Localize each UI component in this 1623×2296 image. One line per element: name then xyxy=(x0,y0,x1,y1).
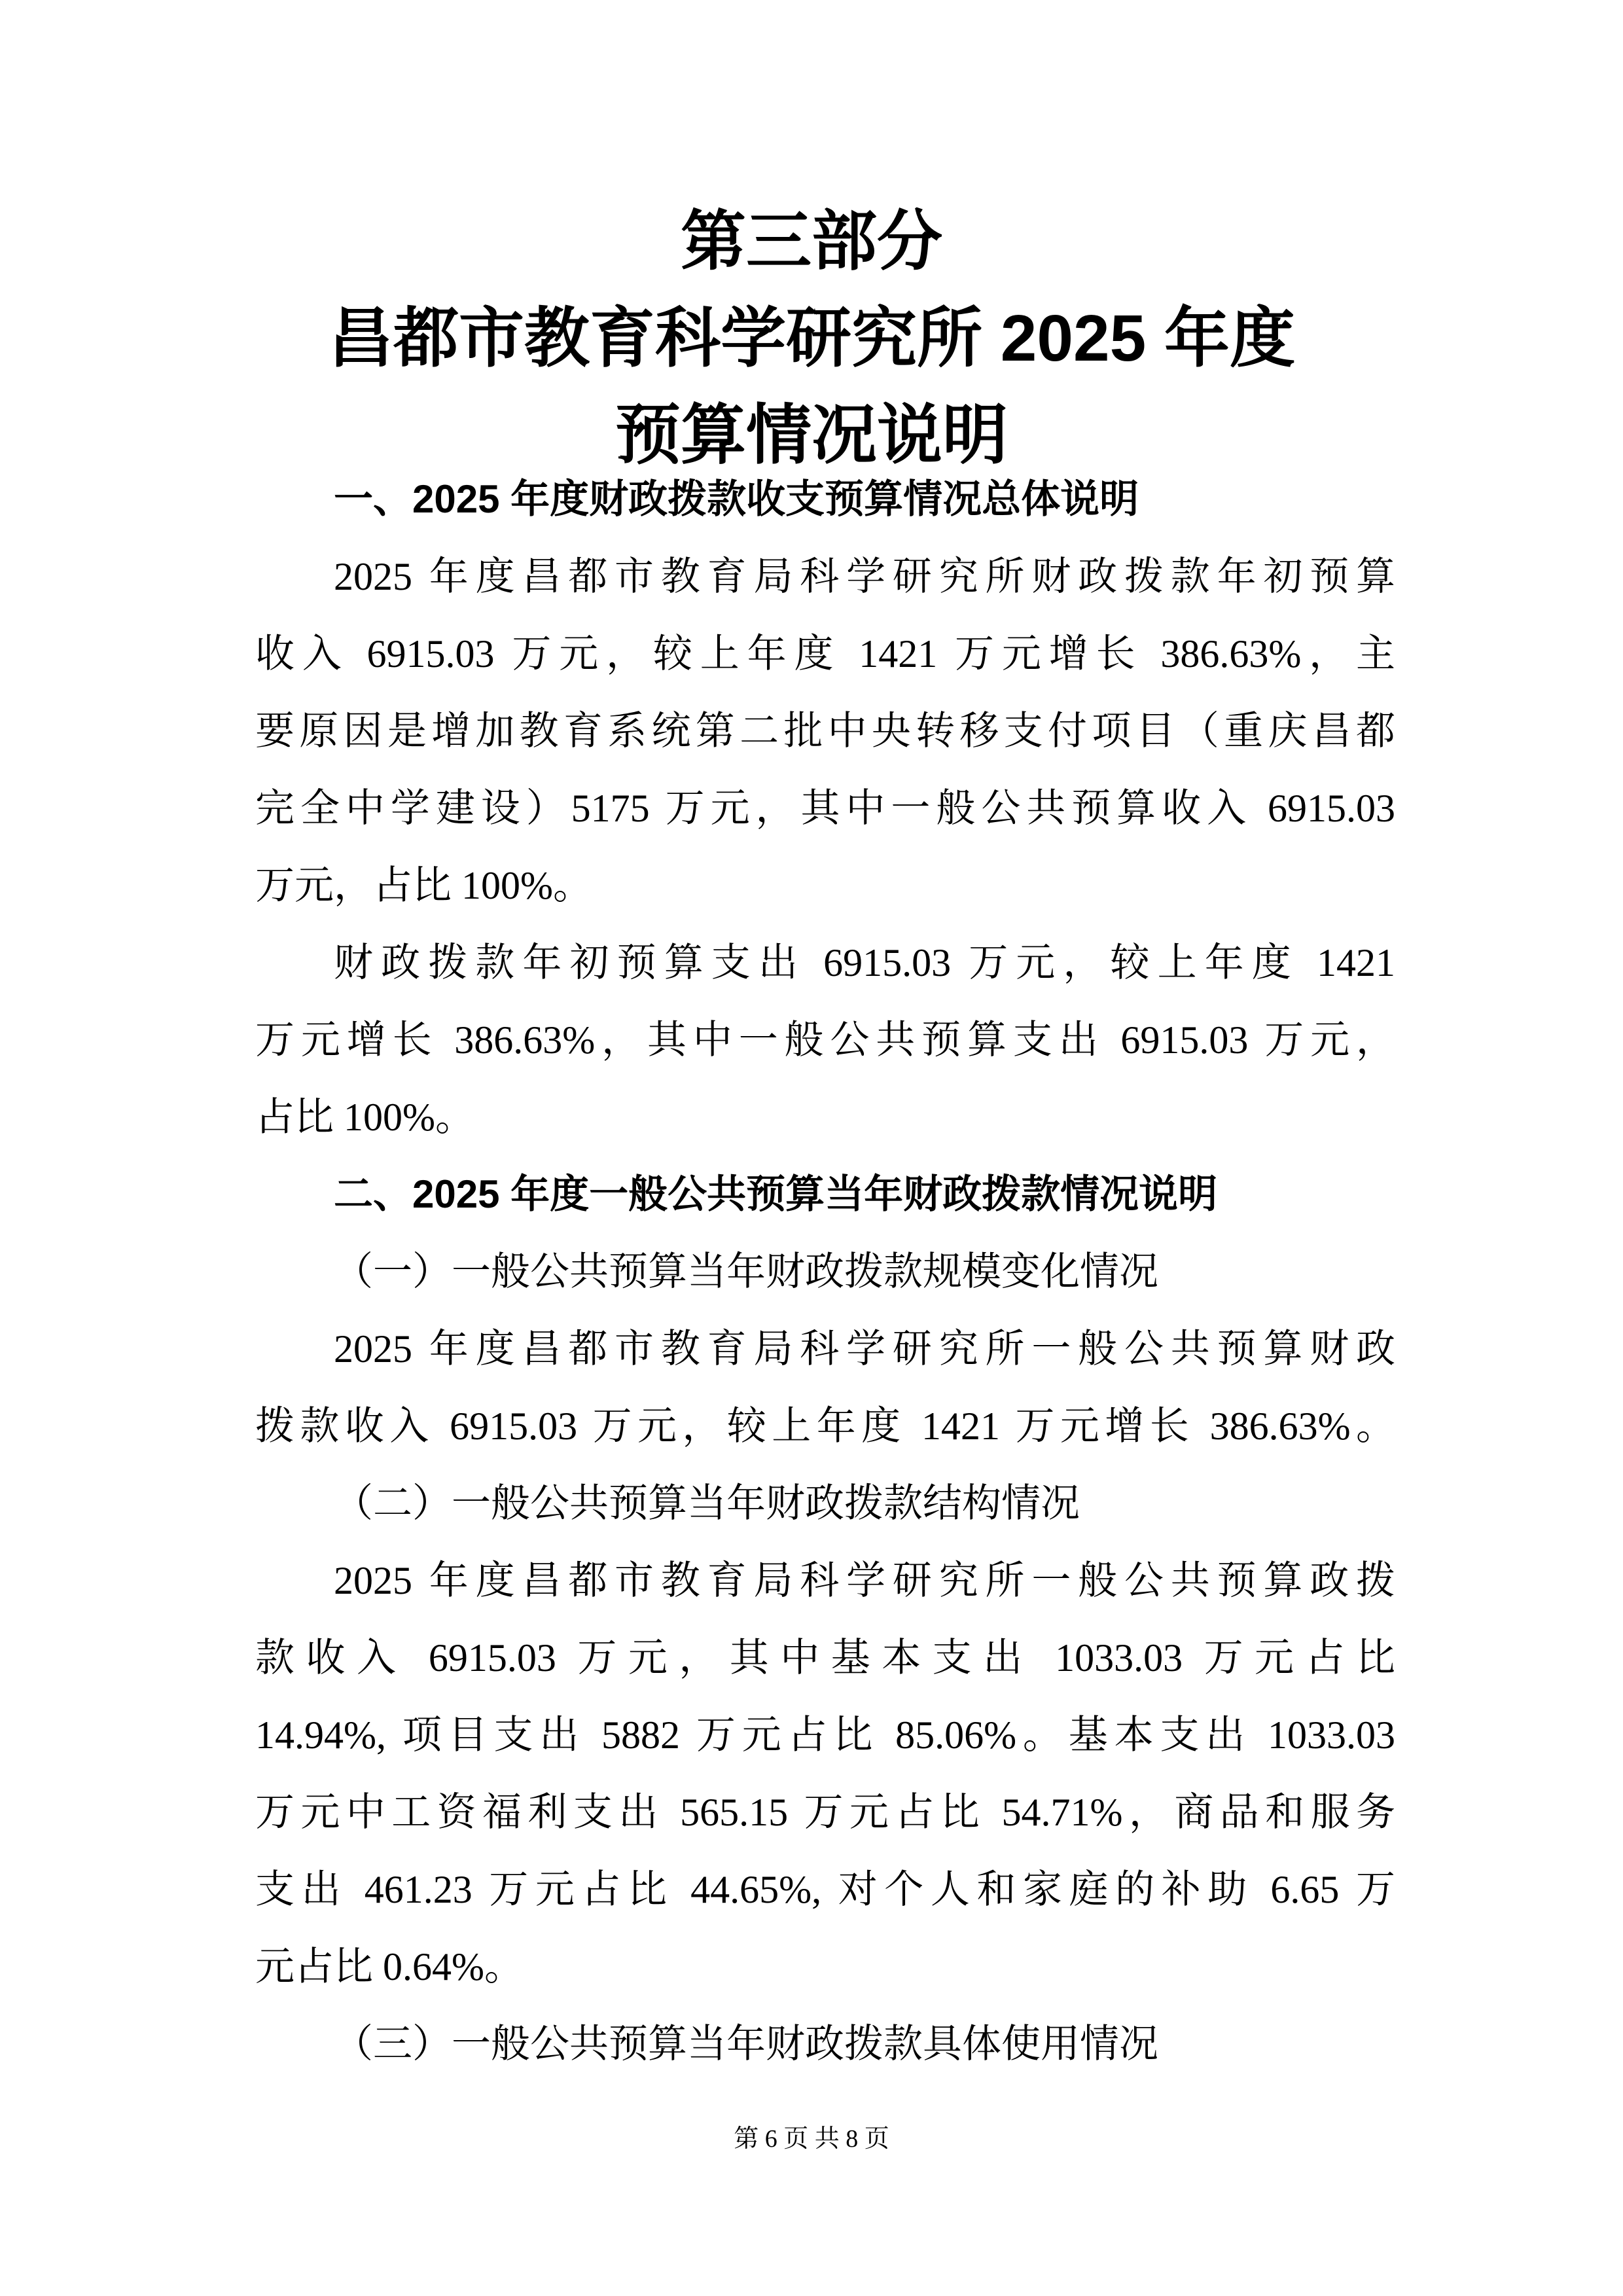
section-heading-2: 二、2025 年度一般公共预算当年财政拨款情况说明 xyxy=(255,1156,1395,1233)
text-line: 万元中工资福利支出 565.15 万元占比 54.71%，商品和服务 xyxy=(255,1774,1395,1851)
section-heading-1: 一、2025 年度财政拨款收支预算情况总体说明 xyxy=(255,461,1395,538)
text-line: 要原因是增加教育系统第二批中央转移支付项目（重庆昌都 xyxy=(255,692,1395,770)
text-line: 占比 100%。 xyxy=(255,1079,1395,1156)
text-line: 款收入 6915.03 万元，其中基本支出 1033.03 万元占比 xyxy=(255,1619,1395,1696)
text-line: 2025 年度昌都市教育局科学研究所财政拨款年初预算 xyxy=(255,538,1395,615)
subsection-heading-2: （二）一般公共预算当年财政拨款结构情况 xyxy=(255,1465,1395,1542)
page-title-line-1: 第三部分 xyxy=(0,193,1623,290)
text-line: 元占比 0.64%。 xyxy=(255,1928,1395,2005)
text-line: 支出 461.23 万元占比 44.65%, 对个人和家庭的补助 6.65 万 xyxy=(255,1851,1395,1928)
subsection-heading-1: （一）一般公共预算当年财政拨款规模变化情况 xyxy=(255,1233,1395,1310)
text-line: 万元，占比 100%。 xyxy=(255,847,1395,924)
document-page: 第三部分 昌都市教育科学研究所 2025 年度 预算情况说明 一、2025 年度… xyxy=(0,0,1623,2296)
text-line: 拨款收入 6915.03 万元，较上年度 1421 万元增长 386.63%。 xyxy=(255,1388,1395,1465)
page-number-footer: 第 6 页 共 8 页 xyxy=(0,2119,1623,2159)
text-line: 2025 年度昌都市教育局科学研究所一般公共预算财政 xyxy=(255,1310,1395,1388)
text-line: 14.94%, 项目支出 5882 万元占比 85.06%。基本支出 1033.… xyxy=(255,1696,1395,1774)
page-title-line-2: 昌都市教育科学研究所 2025 年度 xyxy=(0,290,1623,387)
text-line: 收入 6915.03 万元，较上年度 1421 万元增长 386.63%，主 xyxy=(255,615,1395,692)
subsection-heading-3: （三）一般公共预算当年财政拨款具体使用情况 xyxy=(255,2005,1395,2083)
text-line: 2025 年度昌都市教育局科学研究所一般公共预算政拨 xyxy=(255,1542,1395,1619)
text-line: 完全中学建设）5175 万元，其中一般公共预算收入 6915.03 xyxy=(255,770,1395,847)
document-body: 一、2025 年度财政拨款收支预算情况总体说明 2025 年度昌都市教育局科学研… xyxy=(255,461,1395,2083)
document-title-block: 第三部分 昌都市教育科学研究所 2025 年度 预算情况说明 xyxy=(0,193,1623,484)
text-line: 财政拨款年初预算支出 6915.03 万元，较上年度 1421 xyxy=(255,924,1395,1001)
text-line: 万元增长 386.63%，其中一般公共预算支出 6915.03 万元， xyxy=(255,1001,1395,1079)
